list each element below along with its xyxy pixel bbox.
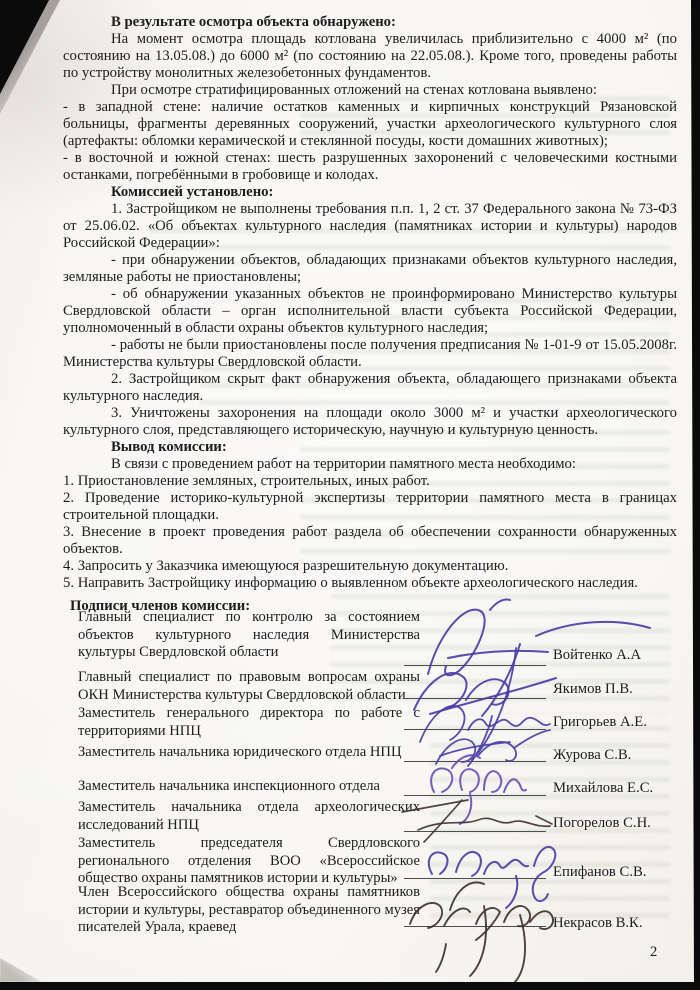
list-item: 3. Внесение в проект проведения работ ра… xyxy=(63,524,677,558)
signature-line xyxy=(404,878,546,879)
signatory-name: Погорелов С.Н. xyxy=(553,815,651,832)
signature-line xyxy=(404,698,546,699)
signature-line xyxy=(404,926,546,927)
signature-line xyxy=(404,761,546,762)
paragraph: - в восточной и южной стенах: шесть разр… xyxy=(63,150,677,184)
heading-commission-findings: Комиссией установлено: xyxy=(63,184,677,201)
signatory-role: Заместитель начальника инспекционного от… xyxy=(78,778,420,796)
signature-line xyxy=(404,831,546,832)
signatory-role: Член Всероссийского общества охраны памя… xyxy=(78,884,420,937)
paragraph: - в западной стене: наличие остатков кам… xyxy=(63,99,677,150)
list-item: 2. Проведение историко-культурной экспер… xyxy=(63,490,677,524)
list-item: 1. Приостановление земляных, строительны… xyxy=(63,473,677,490)
signatory-role: Заместитель начальника юридического отде… xyxy=(78,744,420,762)
paragraph: При осмотре стратифицированных отложений… xyxy=(63,82,677,99)
scan-border-right xyxy=(690,0,700,990)
signatory-name: Некрасов В.К. xyxy=(553,915,643,932)
signatory-name: Войтенко А.А xyxy=(553,647,641,664)
signatory-name: Якимов П.В. xyxy=(553,681,633,698)
heading-inspection-results: В результате осмотра объекта обнаружено: xyxy=(63,14,677,31)
signatory-role: Главный специалист по контролю за состоя… xyxy=(78,609,420,662)
signatory-name: Григорьев А.Е. xyxy=(553,714,647,731)
paragraph: На момент осмотра площадь котлована увел… xyxy=(63,31,677,82)
signatory-role: Главный специалист по правовым вопросам … xyxy=(78,669,420,704)
signatory-role: Заместитель генерального директора по ра… xyxy=(78,705,420,740)
scanned-document-page: В результате осмотра объекта обнаружено:… xyxy=(0,0,700,990)
paragraph: - при обнаружении объектов, обладающих п… xyxy=(63,252,677,286)
signature-line xyxy=(404,729,546,730)
signatory-name: Журова С.В. xyxy=(553,747,631,764)
paragraph: 1. Застройщиком не выполнены требования … xyxy=(63,201,677,252)
paragraph: - об обнаружении указанных объектов не п… xyxy=(63,286,677,337)
scan-corner-bottom-left xyxy=(0,952,42,982)
signatory-name: Михайлова Е.С. xyxy=(553,780,653,797)
paragraph: 3. Уничтожены захоронения на площади око… xyxy=(63,405,677,439)
list-item: 4. Запросить у Заказчика имеющуюся разре… xyxy=(63,558,677,575)
paragraph: В связи с проведением работ на территори… xyxy=(63,456,677,473)
signatory-role: Заместитель председателя Свердловского р… xyxy=(78,835,420,888)
signatory-name: Епифанов С.В. xyxy=(553,864,646,881)
document-body: В результате осмотра объекта обнаружено:… xyxy=(63,14,677,592)
signature-line xyxy=(404,665,546,666)
page-number: 2 xyxy=(650,944,657,961)
signatory-role: Заместитель начальника отдела археологич… xyxy=(78,799,420,834)
paragraph: - работы не были приостановлены после по… xyxy=(63,337,677,371)
list-item: 5. Направить Застройщику информацию о вы… xyxy=(63,575,677,592)
heading-commission-conclusion: Вывод комиссии: xyxy=(63,439,677,456)
scan-border-bottom xyxy=(0,982,700,990)
signature-line xyxy=(404,795,546,796)
paragraph: 2. Застройщиком скрыт факт обнаружения о… xyxy=(63,371,677,405)
